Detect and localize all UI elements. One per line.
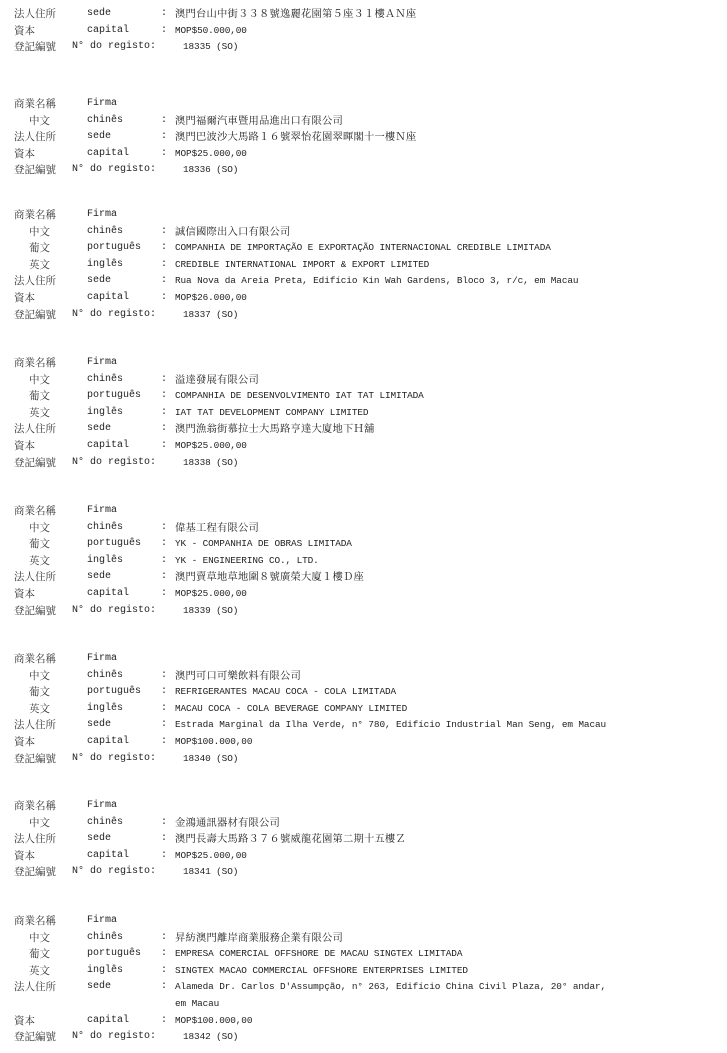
registration-entry-18337: 商業名稱 Firma 中文 chinês : 誠信國際出入口有限公司 葡文 po…: [0, 207, 727, 323]
ingles-label-pt: inglês: [87, 257, 123, 274]
chines-row: 中文 chinês : 金鴻通訊器材有限公司: [0, 815, 727, 832]
colon: :: [161, 848, 167, 865]
colon: :: [161, 734, 167, 751]
sede-label-pt: sede: [87, 717, 111, 734]
colon: :: [161, 586, 167, 603]
registo-row: 登記編號 N° do registo: 18338 (SO): [0, 455, 727, 472]
capital-label-pt: capital: [87, 290, 129, 307]
portugues-label-pt: português: [87, 240, 141, 257]
registo-row: 登記編號 N° do registo: 18342 (SO): [0, 1029, 727, 1046]
registration-entry-18340: 商業名稱 Firma 中文 chinês : 澳門可口可樂飲料有限公司 葡文 p…: [0, 651, 727, 767]
firma-label-zh: 商業名稱: [14, 913, 56, 930]
registration-entry-18342: 商業名稱 Firma 中文 chinês : 昇紡澳門離岸商業服務企業有限公司 …: [0, 913, 727, 1046]
capital-label-pt: capital: [87, 848, 129, 865]
capital-row: 資本 capital : MOP$25.000,00: [0, 586, 727, 603]
capital-label-zh: 資本: [14, 438, 35, 455]
colon: :: [161, 421, 167, 438]
registration-entry-18339: 商業名稱 Firma 中文 chinês : 偉基工程有限公司 葡文 portu…: [0, 503, 727, 619]
capital-row: 資本 capital : MOP$100.000,00: [0, 734, 727, 751]
registo-value: 18342 (SO): [183, 1029, 238, 1046]
registo-label-zh: 登記編號: [14, 307, 56, 324]
colon: :: [161, 979, 167, 996]
registo-value: 18339 (SO): [183, 603, 238, 620]
capital-label-pt: capital: [87, 586, 129, 603]
sede-label-pt: sede: [87, 569, 111, 586]
portugues-label-zh: 葡文: [29, 240, 50, 257]
sede-row: 法人住所 sede : Estrada Marginal da Ilha Ver…: [0, 717, 727, 734]
firma-label-zh: 商業名稱: [14, 798, 56, 815]
sede-row: 法人住所 sede : 澳門台山中街３３８號逸麗花園第５座３１樓ＡＮ座: [0, 6, 727, 23]
chines-value: 金鴻通訊器材有限公司: [175, 815, 280, 832]
chines-value: 溢達發展有限公司: [175, 372, 259, 389]
colon: :: [161, 273, 167, 290]
registo-value: 18336 (SO): [183, 162, 238, 179]
colon: :: [161, 224, 167, 241]
chines-label-zh: 中文: [29, 224, 50, 241]
sede-value: 澳門巴波沙大馬路１６號翠怡花園翠暉閣十一樓Ｎ座: [175, 129, 416, 146]
colon: :: [161, 684, 167, 701]
ingles-label-pt: inglês: [87, 963, 123, 980]
capital-row: 資本 capital : MOP$100.000,00: [0, 1013, 727, 1030]
capital-label-zh: 資本: [14, 848, 35, 865]
sede-label-zh: 法人住所: [14, 6, 56, 23]
portugues-label-zh: 葡文: [29, 684, 50, 701]
sede-row: 法人住所 sede : 澳門長壽大馬路３７６號威龍花園第二期十五樓Ｚ: [0, 831, 727, 848]
capital-row: 資本 capital : MOP$25.000,00: [0, 146, 727, 163]
sede-continuation-row: em Macau: [0, 996, 727, 1013]
sede-value: Rua Nova da Areia Preta, Edifício Kin Wa…: [175, 273, 578, 290]
chines-label-pt: chinês: [87, 815, 123, 832]
registo-label-zh: 登記編號: [14, 603, 56, 620]
sede-label-zh: 法人住所: [14, 129, 56, 146]
ingles-label-zh: 英文: [29, 405, 50, 422]
portugues-label-zh: 葡文: [29, 388, 50, 405]
portugues-value: REFRIGERANTES MACAU COCA - COLA LIMITADA: [175, 684, 396, 701]
capital-value: MOP$25.000,00: [175, 146, 247, 163]
registo-value: 18337 (SO): [183, 307, 238, 324]
chines-row: 中文 chinês : 昇紡澳門離岸商業服務企業有限公司: [0, 930, 727, 947]
colon: :: [161, 831, 167, 848]
chines-label-zh: 中文: [29, 372, 50, 389]
chines-label-pt: chinês: [87, 668, 123, 685]
registration-entry-18336: 商業名稱 Firma 中文 chinês : 澳門福爾汽車暨用品進出口有限公司 …: [0, 96, 727, 179]
sede-value: 澳門賣草地草地圍８號廣榮大廈１樓Ｄ座: [175, 569, 364, 586]
capital-label-pt: capital: [87, 146, 129, 163]
capital-row: 資本 capital : MOP$25.000,00: [0, 438, 727, 455]
chines-row: 中文 chinês : 溢達發展有限公司: [0, 372, 727, 389]
sede-value: 澳門台山中街３３８號逸麗花園第５座３１樓ＡＮ座: [175, 6, 416, 23]
capital-value: MOP$25.000,00: [175, 848, 247, 865]
registo-label-zh: 登記編號: [14, 39, 56, 56]
colon: :: [161, 930, 167, 947]
firma-label-pt: Firma: [87, 503, 117, 520]
colon: :: [161, 388, 167, 405]
chines-value: 澳門福爾汽車暨用品進出口有限公司: [175, 113, 343, 130]
ingles-label-pt: inglês: [87, 553, 123, 570]
ingles-row: 英文 inglês : SINGTEX MACAO COMMERCIAL OFF…: [0, 963, 727, 980]
sede-row: 法人住所 sede : 澳門漁翁街慕拉士大馬路亨達大廈地下Ｈ舖: [0, 421, 727, 438]
chines-label-zh: 中文: [29, 113, 50, 130]
registo-row: 登記編號 N° do registo: 18341 (SO): [0, 864, 727, 881]
registo-row: 登記編號 N° do registo: 18337 (SO): [0, 307, 727, 324]
ingles-value: CREDIBLE INTERNATIONAL IMPORT & EXPORT L…: [175, 257, 429, 274]
registo-label-pt: N° do registo:: [72, 307, 156, 324]
registo-value: 18340 (SO): [183, 751, 238, 768]
capital-value: MOP$26.000,00: [175, 290, 247, 307]
chines-row: 中文 chinês : 誠信國際出入口有限公司: [0, 224, 727, 241]
sede-value-continuation: em Macau: [175, 996, 219, 1013]
sede-label-zh: 法人住所: [14, 831, 56, 848]
registo-label-zh: 登記編號: [14, 455, 56, 472]
sede-label-pt: sede: [87, 421, 111, 438]
capital-label-zh: 資本: [14, 586, 35, 603]
capital-value: MOP$25.000,00: [175, 586, 247, 603]
capital-label-zh: 資本: [14, 23, 35, 40]
firma-row: 商業名稱 Firma: [0, 651, 727, 668]
capital-row: 資本 capital : MOP$50.000,00: [0, 23, 727, 40]
capital-label-zh: 資本: [14, 146, 35, 163]
sede-value: Estrada Marginal da Ilha Verde, n° 780, …: [175, 717, 606, 734]
firma-label-pt: Firma: [87, 651, 117, 668]
registo-value: 18335 (SO): [183, 39, 238, 56]
colon: :: [161, 668, 167, 685]
portugues-row: 葡文 português : REFRIGERANTES MACAU COCA …: [0, 684, 727, 701]
ingles-value: SINGTEX MACAO COMMERCIAL OFFSHORE ENTERP…: [175, 963, 468, 980]
portugues-label-pt: português: [87, 684, 141, 701]
firma-label-zh: 商業名稱: [14, 355, 56, 372]
sede-row: 法人住所 sede : 澳門賣草地草地圍８號廣榮大廈１樓Ｄ座: [0, 569, 727, 586]
portugues-label-pt: português: [87, 388, 141, 405]
capital-label-pt: capital: [87, 1013, 129, 1030]
colon: :: [161, 701, 167, 718]
colon: :: [161, 553, 167, 570]
portugues-label-zh: 葡文: [29, 536, 50, 553]
registo-label-pt: N° do registo:: [72, 455, 156, 472]
capital-label-pt: capital: [87, 23, 129, 40]
capital-value: MOP$50.000,00: [175, 23, 247, 40]
registration-entry-18335: 法人住所 sede : 澳門台山中街３３８號逸麗花園第５座３１樓ＡＮ座 資本 c…: [0, 6, 727, 56]
registo-label-pt: N° do registo:: [72, 39, 156, 56]
colon: :: [161, 569, 167, 586]
chines-row: 中文 chinês : 澳門福爾汽車暨用品進出口有限公司: [0, 113, 727, 130]
portugues-label-pt: português: [87, 946, 141, 963]
chines-label-zh: 中文: [29, 520, 50, 537]
sede-row: 法人住所 sede : Rua Nova da Areia Preta, Edi…: [0, 273, 727, 290]
registo-value: 18341 (SO): [183, 864, 238, 881]
sede-label-pt: sede: [87, 6, 111, 23]
firma-label-pt: Firma: [87, 913, 117, 930]
sede-value: 澳門漁翁街慕拉士大馬路亨達大廈地下Ｈ舖: [175, 421, 374, 438]
sede-label-zh: 法人住所: [14, 979, 56, 996]
colon: :: [161, 23, 167, 40]
colon: :: [161, 290, 167, 307]
registo-row: 登記編號 N° do registo: 18339 (SO): [0, 603, 727, 620]
registo-value: 18338 (SO): [183, 455, 238, 472]
sede-label-zh: 法人住所: [14, 421, 56, 438]
capital-label-zh: 資本: [14, 290, 35, 307]
colon: :: [161, 6, 167, 23]
firma-row: 商業名稱 Firma: [0, 207, 727, 224]
registo-label-zh: 登記編號: [14, 864, 56, 881]
sede-label-zh: 法人住所: [14, 273, 56, 290]
portugues-label-pt: português: [87, 536, 141, 553]
portugues-row: 葡文 português : YK - COMPANHIA DE OBRAS L…: [0, 536, 727, 553]
ingles-row: 英文 inglês : MACAU COCA - COLA BEVERAGE C…: [0, 701, 727, 718]
sede-label-zh: 法人住所: [14, 717, 56, 734]
chines-value: 誠信國際出入口有限公司: [175, 224, 290, 241]
chines-label-pt: chinês: [87, 224, 123, 241]
firma-label-zh: 商業名稱: [14, 503, 56, 520]
ingles-label-zh: 英文: [29, 701, 50, 718]
portugues-value: COMPANHIA DE DESENVOLVIMENTO IAT TAT LIM…: [175, 388, 424, 405]
chines-label-pt: chinês: [87, 930, 123, 947]
ingles-label-zh: 英文: [29, 963, 50, 980]
ingles-label-zh: 英文: [29, 553, 50, 570]
sede-row: 法人住所 sede : 澳門巴波沙大馬路１６號翠怡花園翠暉閣十一樓Ｎ座: [0, 129, 727, 146]
sede-row: 法人住所 sede : Alameda Dr. Carlos D'Assumpç…: [0, 979, 727, 996]
registration-entry-18338: 商業名稱 Firma 中文 chinês : 溢達發展有限公司 葡文 portu…: [0, 355, 727, 471]
registo-label-zh: 登記編號: [14, 751, 56, 768]
chines-value: 昇紡澳門離岸商業服務企業有限公司: [175, 930, 343, 947]
registo-row: 登記編號 N° do registo: 18336 (SO): [0, 162, 727, 179]
firma-row: 商業名稱 Firma: [0, 355, 727, 372]
colon: :: [161, 438, 167, 455]
colon: :: [161, 717, 167, 734]
chines-label-zh: 中文: [29, 815, 50, 832]
portugues-row: 葡文 português : EMPRESA COMERCIAL OFFSHOR…: [0, 946, 727, 963]
colon: :: [161, 946, 167, 963]
registo-label-pt: N° do registo:: [72, 603, 156, 620]
ingles-row: 英文 inglês : YK - ENGINEERING CO., LTD.: [0, 553, 727, 570]
chines-value: 澳門可口可樂飲料有限公司: [175, 668, 301, 685]
firma-row: 商業名稱 Firma: [0, 96, 727, 113]
sede-label-zh: 法人住所: [14, 569, 56, 586]
capital-row: 資本 capital : MOP$26.000,00: [0, 290, 727, 307]
firma-label-zh: 商業名稱: [14, 207, 56, 224]
colon: :: [161, 405, 167, 422]
capital-value: MOP$100.000,00: [175, 1013, 252, 1030]
chines-row: 中文 chinês : 澳門可口可樂飲料有限公司: [0, 668, 727, 685]
colon: :: [161, 113, 167, 130]
colon: :: [161, 372, 167, 389]
colon: :: [161, 963, 167, 980]
registo-label-pt: N° do registo:: [72, 1029, 156, 1046]
firma-label-pt: Firma: [87, 96, 117, 113]
colon: :: [161, 536, 167, 553]
firma-row: 商業名稱 Firma: [0, 503, 727, 520]
firma-label-pt: Firma: [87, 798, 117, 815]
capital-label-zh: 資本: [14, 734, 35, 751]
registo-row: 登記編號 N° do registo: 18335 (SO): [0, 39, 727, 56]
colon: :: [161, 146, 167, 163]
registo-label-pt: N° do registo:: [72, 162, 156, 179]
ingles-value: MACAU COCA - COLA BEVERAGE COMPANY LIMIT…: [175, 701, 407, 718]
registo-row: 登記編號 N° do registo: 18340 (SO): [0, 751, 727, 768]
chines-label-zh: 中文: [29, 930, 50, 947]
chines-label-pt: chinês: [87, 520, 123, 537]
registo-label-pt: N° do registo:: [72, 864, 156, 881]
sede-label-pt: sede: [87, 979, 111, 996]
capital-value: MOP$100.000,00: [175, 734, 252, 751]
portugues-value: EMPRESA COMERCIAL OFFSHORE DE MACAU SING…: [175, 946, 462, 963]
sede-value: 澳門長壽大馬路３７６號威龍花園第二期十五樓Ｚ: [175, 831, 406, 848]
portugues-value: COMPANHIA DE IMPORTAÇÃO E EXPORTAÇÃO INT…: [175, 240, 551, 257]
chines-value: 偉基工程有限公司: [175, 520, 259, 537]
capital-label-zh: 資本: [14, 1013, 35, 1030]
sede-value: Alameda Dr. Carlos D'Assumpção, n° 263, …: [175, 979, 606, 996]
sede-label-pt: sede: [87, 273, 111, 290]
portugues-row: 葡文 português : COMPANHIA DE IMPORTAÇÃO E…: [0, 240, 727, 257]
registo-label-zh: 登記編號: [14, 1029, 56, 1046]
firma-label-pt: Firma: [87, 207, 117, 224]
ingles-label-pt: inglês: [87, 701, 123, 718]
sede-label-pt: sede: [87, 831, 111, 848]
colon: :: [161, 815, 167, 832]
colon: :: [161, 1013, 167, 1030]
registration-entry-18341: 商業名稱 Firma 中文 chinês : 金鴻通訊器材有限公司 法人住所 s…: [0, 798, 727, 881]
capital-label-pt: capital: [87, 438, 129, 455]
firma-label-pt: Firma: [87, 355, 117, 372]
ingles-label-zh: 英文: [29, 257, 50, 274]
capital-value: MOP$25.000,00: [175, 438, 247, 455]
firma-label-zh: 商業名稱: [14, 96, 56, 113]
colon: :: [161, 257, 167, 274]
portugues-label-zh: 葡文: [29, 946, 50, 963]
capital-label-pt: capital: [87, 734, 129, 751]
registo-label-pt: N° do registo:: [72, 751, 156, 768]
chines-row: 中文 chinês : 偉基工程有限公司: [0, 520, 727, 537]
sede-label-pt: sede: [87, 129, 111, 146]
registo-label-zh: 登記編號: [14, 162, 56, 179]
ingles-value: YK - ENGINEERING CO., LTD.: [175, 553, 319, 570]
ingles-value: IAT TAT DEVELOPMENT COMPANY LIMITED: [175, 405, 368, 422]
ingles-row: 英文 inglês : IAT TAT DEVELOPMENT COMPANY …: [0, 405, 727, 422]
firma-label-zh: 商業名稱: [14, 651, 56, 668]
chines-label-pt: chinês: [87, 372, 123, 389]
colon: :: [161, 520, 167, 537]
colon: :: [161, 240, 167, 257]
firma-row: 商業名稱 Firma: [0, 913, 727, 930]
colon: :: [161, 129, 167, 146]
ingles-label-pt: inglês: [87, 405, 123, 422]
chines-label-pt: chinês: [87, 113, 123, 130]
portugues-value: YK - COMPANHIA DE OBRAS LIMITADA: [175, 536, 352, 553]
firma-row: 商業名稱 Firma: [0, 798, 727, 815]
capital-row: 資本 capital : MOP$25.000,00: [0, 848, 727, 865]
chines-label-zh: 中文: [29, 668, 50, 685]
ingles-row: 英文 inglês : CREDIBLE INTERNATIONAL IMPOR…: [0, 257, 727, 274]
portugues-row: 葡文 português : COMPANHIA DE DESENVOLVIME…: [0, 388, 727, 405]
